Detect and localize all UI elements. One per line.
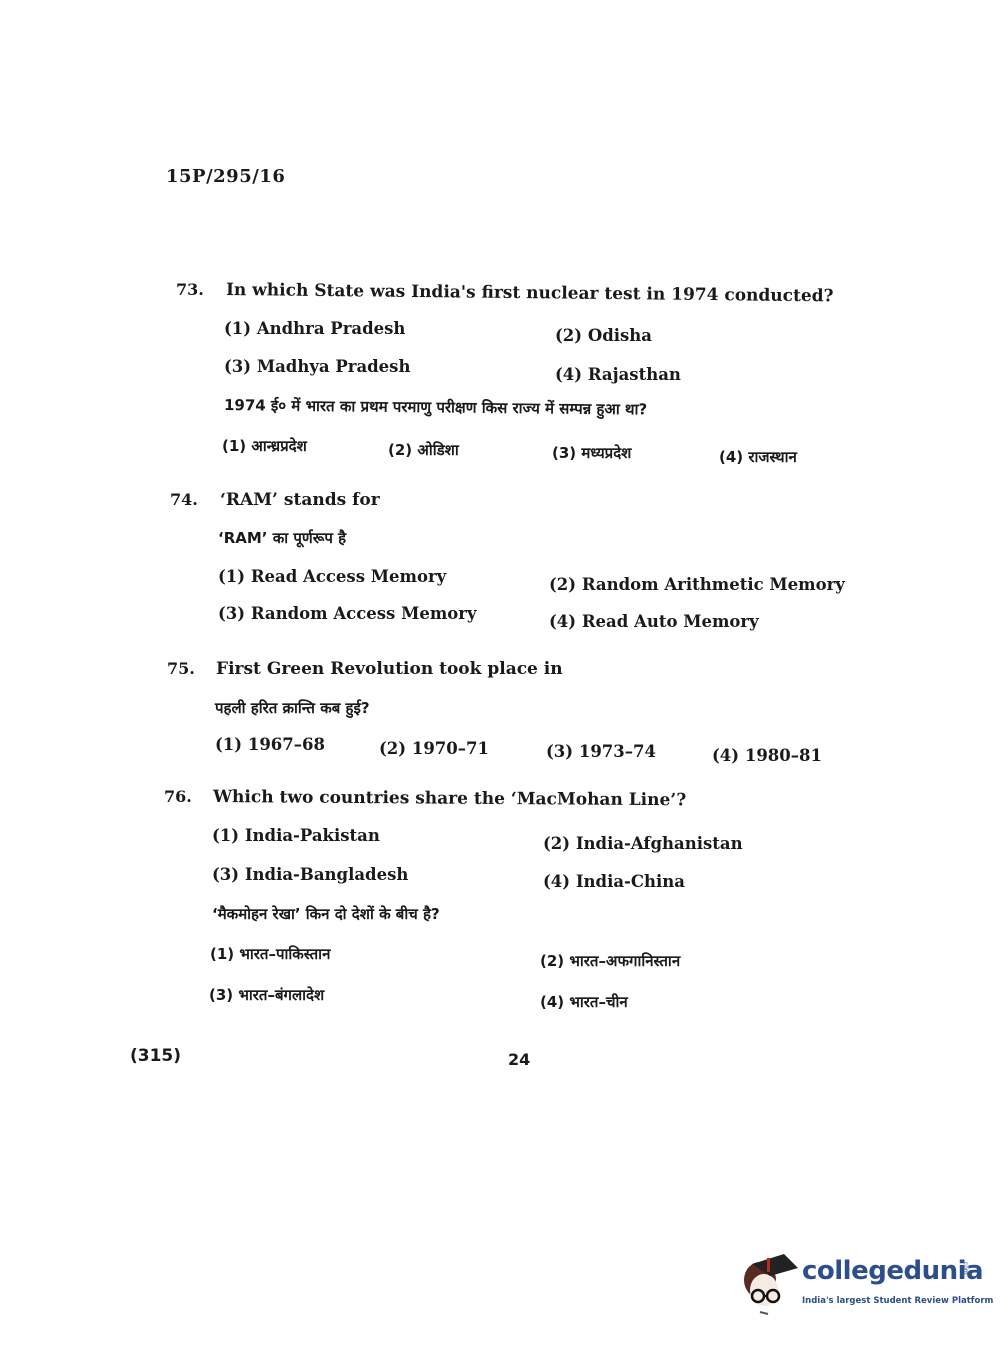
option-4-hindi: (4) राजस्थान (719, 447, 797, 467)
question-number: 75. (167, 659, 195, 678)
option-4: (4) Read Auto Memory (549, 612, 759, 631)
question-text-hindi: ‘मैकमोहन रेखा’ किन दो देशों के बीच है? (212, 904, 440, 924)
option-2-hindi: (2) ओडिशा (388, 440, 459, 460)
question-text: First Green Revolution took place in (216, 659, 563, 679)
question-text: Which two countries share the ‘MacMohan … (213, 787, 686, 810)
option-2: (2) Odisha (555, 326, 652, 345)
option-4: (4) 1980–81 (712, 746, 822, 765)
option-3: (3) Random Access Memory (218, 604, 477, 623)
option-3-hindi: (3) मध्यप्रदेश (552, 443, 631, 463)
question-text: In which State was India's first nuclear… (226, 280, 834, 306)
option-2: (2) 1970–71 (379, 739, 489, 758)
option-3: (3) Madhya Pradesh (224, 357, 410, 376)
paper-code: 15P/295/16 (166, 166, 285, 187)
question-text: ‘RAM’ stands for (220, 490, 380, 510)
question-text-hindi: 1974 ई० में भारत का प्रथम परमाणु परीक्षण… (224, 395, 647, 419)
option-2-hindi: (2) भारत–अफगानिस्तान (540, 951, 680, 971)
option-1: (1) 1967–68 (215, 735, 325, 754)
option-2: (2) India-Afghanistan (543, 834, 743, 853)
option-1: (1) Andhra Pradesh (224, 319, 405, 338)
option-3: (3) India-Bangladesh (212, 865, 408, 884)
question-number: 74. (170, 490, 198, 509)
option-4: (4) Rajasthan (555, 365, 681, 384)
set-code: (315) (130, 1046, 181, 1066)
option-4-hindi: (4) भारत–चीन (540, 992, 628, 1012)
option-3-hindi: (3) भारत–बंगलादेश (209, 985, 324, 1005)
brand-domain: .com (962, 1260, 969, 1275)
option-1-hindi: (1) आन्ध्रप्रदेश (222, 436, 307, 456)
question-text-hindi: पहली हरित क्रान्ति कब हुई? (215, 698, 370, 718)
option-1: (1) Read Access Memory (218, 567, 446, 586)
option-4: (4) India-China (543, 872, 685, 891)
brand-name: collegedunia (802, 1256, 983, 1286)
collegedunia-watermark: collegedunia .com India's largest Studen… (740, 1250, 980, 1320)
question-text-hindi: ‘RAM’ का पूर्णरूप है (218, 528, 346, 548)
option-1-hindi: (1) भारत–पाकिस्तान (210, 944, 330, 964)
brand-tagline: India's largest Student Review Platform (802, 1296, 993, 1306)
mascot-icon (740, 1250, 800, 1320)
question-number: 73. (176, 280, 204, 299)
question-number: 76. (164, 787, 192, 806)
page-number: 24 (508, 1050, 530, 1069)
option-2: (2) Random Arithmetic Memory (549, 575, 845, 594)
option-1: (1) India-Pakistan (212, 826, 380, 845)
option-3: (3) 1973–74 (546, 742, 656, 761)
